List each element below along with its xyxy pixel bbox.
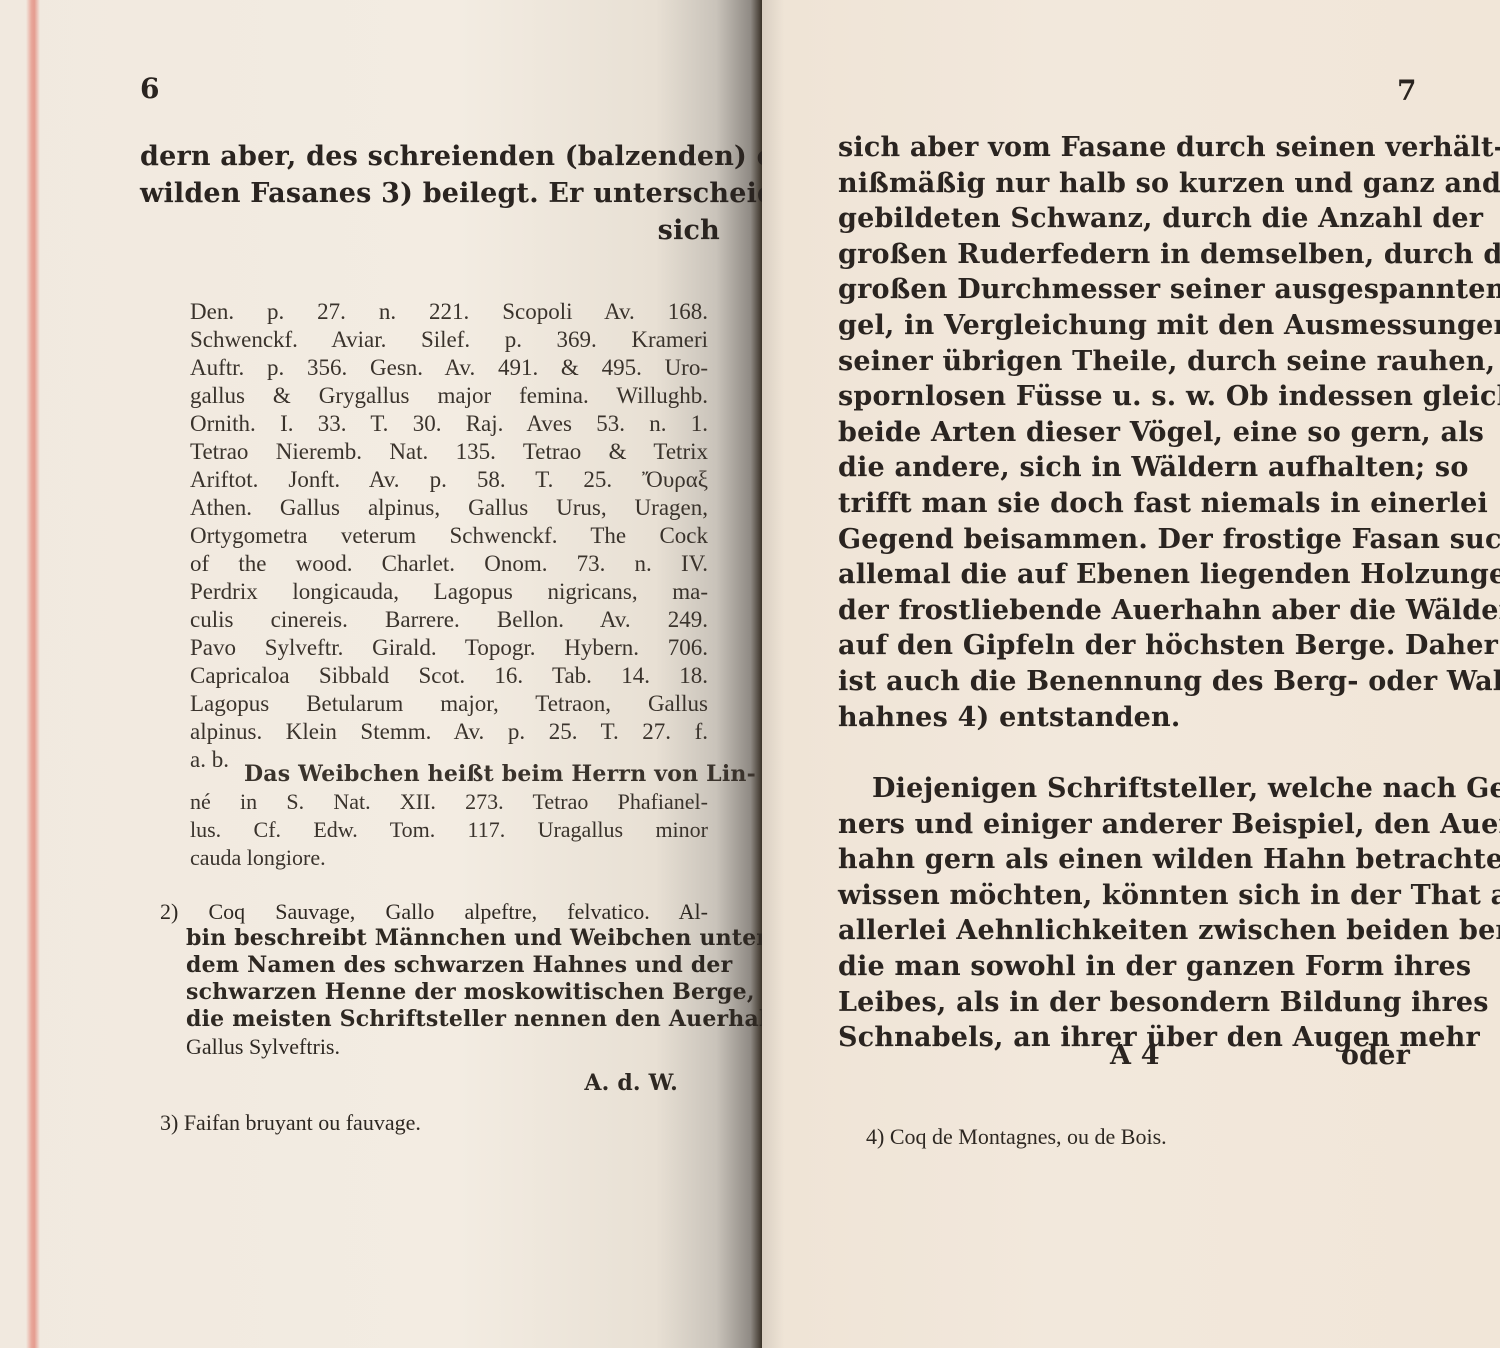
note-line: alpinus. Klein Stemm. Av. p. 25. T. 27. … — [190, 718, 708, 746]
note-line: gallus & Grygallus major femina. Willugh… — [190, 382, 708, 410]
page-number-left: 6 — [140, 72, 159, 105]
text-line: wilden Fasanes 3) beilegt. Er unterschei… — [140, 175, 720, 212]
text-line: wissen möchten, könnten sich in der That… — [838, 878, 1410, 914]
text-line: spornlosen Füsse u. s. w. Ob indessen gl… — [838, 379, 1410, 415]
text-line: gel, in Vergleichung mit den Ausmessunge… — [838, 308, 1410, 344]
note-line: né in S. Nat. XII. 273. Tetrao Phafianel… — [190, 788, 708, 816]
text-line: seiner übrigen Theile, durch seine rauhe… — [838, 344, 1410, 380]
note-line: Ornith. I. 33. T. 30. Raj. Aves 53. n. 1… — [190, 410, 708, 438]
footnote-line: Gallus Sylveftris. — [160, 1033, 708, 1060]
footnote-2: 2) Coq Sauvage, Gallo alpeftre, felvatic… — [160, 898, 708, 1097]
note-line: culis cinereis. Barrere. Bellon. Av. 249… — [190, 606, 708, 634]
red-edge-stain — [26, 0, 40, 1348]
note-line: Schwenckf. Aviar. Silef. p. 369. Krameri — [190, 326, 708, 354]
paragraph-2: Diejenigen Schriftsteller, welche nach G… — [838, 771, 1410, 1056]
text-line: dern aber, des schreienden (balzenden) o… — [140, 138, 720, 175]
footnote-line: 2) Coq Sauvage, Gallo alpeftre, felvatic… — [160, 898, 708, 925]
catchword: sich — [140, 212, 720, 249]
left-body-text: dern aber, des schreienden (balzenden) o… — [140, 138, 720, 249]
text-line: trifft man sie doch fast niemals in eine… — [838, 486, 1410, 522]
note-line: Ortygometra veterum Schwenckf. The Cock — [190, 522, 708, 550]
footnote-4: 4) Coq de Montagnes, ou de Bois. — [866, 1124, 1167, 1150]
page-number-right: 7 — [1397, 74, 1416, 107]
text-line: ist auch die Benennung des Berg- oder Wa… — [838, 664, 1410, 700]
note-line: of the wood. Charlet. Onom. 73. n. IV. — [190, 550, 708, 578]
note-line: lus. Cf. Edw. Tom. 117. Uragallus minor — [190, 816, 708, 844]
note-line: Lagopus Betularum major, Tetraon, Gallus — [190, 690, 708, 718]
footnote-line: bin beschreibt Männchen und Weibchen unt… — [160, 925, 708, 952]
catchword: oder — [1341, 1040, 1410, 1071]
text-line: Gegend beisammen. Der frostige Fasan suc… — [838, 522, 1410, 558]
text-line: allemal die auf Ebenen liegenden Holzung… — [838, 557, 1410, 593]
text-line: hahnes 4) entstanden. — [838, 700, 1410, 736]
note-line: Capricaloa Sibbald Scot. 16. Tab. 14. 18… — [190, 662, 708, 690]
text-line: ners und einiger anderer Beispiel, den A… — [838, 807, 1410, 843]
text-line: die man sowohl in der ganzen Form ihres — [838, 949, 1410, 985]
note-line: Pavo Sylveftr. Girald. Topogr. Hybern. 7… — [190, 634, 708, 662]
text-line: beide Arten dieser Vögel, eine so gern, … — [838, 415, 1410, 451]
text-line: Diejenigen Schriftsteller, welche nach G… — [838, 771, 1410, 807]
paragraph-1: sich aber vom Fasane durch seinen verhäl… — [838, 130, 1410, 735]
text-line: hahn gern als einen wilden Hahn betracht… — [838, 842, 1410, 878]
footnote-line: die meisten Schriftsteller nennen den Au… — [160, 1006, 708, 1033]
footnote-line: dem Namen des schwarzen Hahnes und der — [160, 952, 708, 979]
footnote-line: schwarzen Henne der moskowitischen Berge… — [160, 979, 708, 1006]
text-line: der frostliebende Auerhahn aber die Wäld… — [838, 593, 1410, 629]
note-line: Tetrao Nieremb. Nat. 135. Tetrao & Tetri… — [190, 438, 708, 466]
right-body-text: sich aber vom Fasane durch seinen verhäl… — [838, 130, 1410, 1056]
footnote-signature: A. d. W. — [160, 1070, 708, 1097]
text-line: gebildeten Schwanz, durch die Anzahl der — [838, 201, 1410, 237]
text-line: nißmäßig nur halb so kurzen und ganz and… — [838, 166, 1410, 202]
note-line: Athen. Gallus alpinus, Gallus Urus, Urag… — [190, 494, 708, 522]
female-note: Das Weibchen heißt beim Herrn von Lin- n… — [190, 760, 708, 872]
book-spread: 6 dern aber, des schreienden (balzenden)… — [0, 0, 1500, 1348]
text-line: die andere, sich in Wäldern aufhalten; s… — [838, 450, 1410, 486]
left-page: 6 dern aber, des schreienden (balzenden)… — [0, 0, 762, 1348]
signature-row: A 4 oder — [838, 1040, 1410, 1071]
text-line: großen Durchmesser seiner ausgespannten … — [838, 272, 1410, 308]
note-line: Perdrix longicauda, Lagopus nigricans, m… — [190, 578, 708, 606]
text-line: allerlei Aehnlichkeiten zwischen beiden … — [838, 913, 1410, 949]
note-line: cauda longiore. — [190, 844, 708, 872]
text-line: sich aber vom Fasane durch seinen verhäl… — [838, 130, 1410, 166]
note-line: Das Weibchen heißt beim Herrn von Lin- — [190, 760, 708, 788]
synonym-note: Den. p. 27. n. 221. Scopoli Av. 168. Sch… — [190, 298, 708, 774]
note-line: Auftr. p. 356. Gesn. Av. 491. & 495. Uro… — [190, 354, 708, 382]
note-line: Ariftot. Jonft. Av. p. 58. T. 25. Ὄυραξ — [190, 466, 708, 494]
note-line: Den. p. 27. n. 221. Scopoli Av. 168. — [190, 298, 708, 326]
text-line: Leibes, als in der besondern Bildung ihr… — [838, 985, 1410, 1021]
text-line: auf den Gipfeln der höchsten Berge. Dahe… — [838, 628, 1410, 664]
text-line: großen Ruderfedern in demselben, durch d… — [838, 237, 1410, 273]
signature-mark: A 4 — [1110, 1040, 1160, 1071]
footnote-3: 3) Faifan bruyant ou fauvage. — [160, 1110, 421, 1136]
